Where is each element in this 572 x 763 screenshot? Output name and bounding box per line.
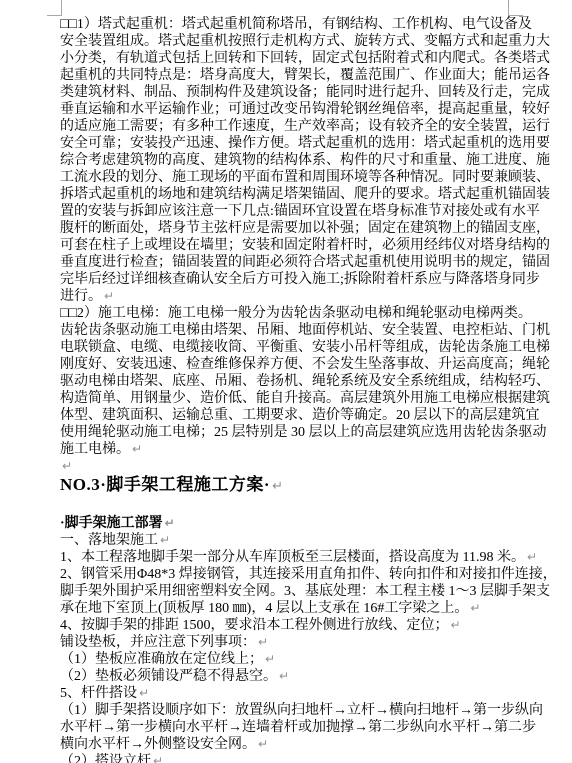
text-line: 齿轮齿条驱动施工电梯由塔架、吊厢、地面停机站、安全装置、电控柜站、门机: [60, 322, 512, 339]
paragraph-mark-icon: ↵: [160, 533, 170, 547]
text-line: 工流水段的划分、施工现场的平面布置和周围环境等各种情况。同时要兼顾装、: [60, 169, 512, 186]
paragraph: （1）脚手架搭设顺序如下：放置纵向扫地杆→立杆→横向扫地杆→第一步纵向水平杆→第…: [60, 702, 512, 753]
paragraph-mark-icon: ↵: [279, 669, 289, 683]
text-line: 安全可靠；安装投产迅速、操作方便。塔式起重机的选用：塔式起重机的选用要: [60, 135, 512, 152]
paragraph-mark-icon: ↵: [451, 618, 461, 632]
text-line: 垂直度进行检查；锚固装置的间距必须符合塔式起重机使用说明书的规定，锚固: [60, 254, 512, 271]
text-line: （1）脚手架搭设顺序如下：放置纵向扫地杆→立杆→横向扫地杆→第一步纵向: [60, 702, 512, 719]
paragraph: （1）垫板应准确放在定位线上；↵: [60, 651, 512, 668]
text-line: NO.3·脚手架工程施工方案·↵: [60, 475, 512, 497]
paragraph-mark-icon: ↵: [527, 550, 537, 564]
paragraph: 2、钢管采用Φ48*3 焊接钢管，其连接采用直角扣件、转向扣件和对接扣件连接，脚…: [60, 566, 512, 617]
text-line: 体型、建筑面积、运输总重、工期要求、造价等确定。20 层以下的高层建筑宜: [60, 407, 512, 424]
text-line: 安全装置组成。塔式起重机按照行走机构方式、旋转方式、变幅方式和起重力大: [60, 33, 512, 50]
text-line: 综合考虑建筑物的高度、建筑物的结构体系、构件的尺寸和重量、施工进度、施: [60, 152, 512, 169]
paragraph-mark-icon: ↵: [165, 516, 175, 530]
paragraph: （2）搭设立杆↵: [60, 753, 512, 763]
text-line: （1）垫板应准确放在定位线上；↵: [60, 651, 512, 668]
paragraph-mark-icon: ↵: [139, 686, 149, 700]
document-text-area[interactable]: □□1）塔式起重机：塔式起重机简称塔吊，有钢结构、工作机构、电气设备及安全装置组…: [60, 16, 512, 763]
text-line: 腹杆的断面处，塔身节主弦杆应是需要加以补强；固定在建筑物上的锚固支座，: [60, 220, 512, 237]
text-line: 类建筑材料、制品、预制构件及建筑设备；能同时进行起升、回转及行走，完成: [60, 84, 512, 101]
paragraph: ·脚手架施工部署↵: [60, 515, 512, 532]
paragraph-mark-icon: ↵: [265, 652, 275, 666]
empty-paragraph: ↵: [60, 458, 512, 475]
text-line: 可套在柱子上或埋设在墙里；安装和固定附着杆时，必须用经纬仪对塔身结构的: [60, 237, 512, 254]
document-page: □□1）塔式起重机：塔式起重机简称塔吊，有钢结构、工作机构、电气设备及安全装置组…: [0, 0, 572, 763]
text-line: 2、钢管采用Φ48*3 焊接钢管，其连接采用直角扣件、转向扣件和对接扣件连接，: [60, 566, 512, 583]
text-line: ↵: [60, 458, 512, 475]
paragraph: 1、本工程落地脚手架一部分从车库顶板至三层楼面，搭设高度为 11.98 米。↵: [60, 549, 512, 566]
text-line: 驱动电梯由塔架、底座、吊厢、卷扬机、绳轮系统及安全系统组成，结构轻巧、: [60, 373, 512, 390]
text-line: （2）搭设立杆↵: [60, 753, 512, 763]
text-line: 垂直运输和水平运输作业；可通过改变吊钩滑轮钢丝绳倍率，提高起重量，较好: [60, 101, 512, 118]
text-line: 4、按脚手架的排距 1500，要求沿本工程外侧进行放线、定位；↵: [60, 617, 512, 634]
text-line: 承在地下室顶上(顶板厚 180 ㎜)，4 层以上支承在 16#工字梁之上。↵: [60, 600, 512, 617]
text-line: □□2）施工电梯：施工电梯一般分为齿轮齿条驱动电梯和绳轮驱动电梯两类。: [60, 305, 512, 322]
paragraph: □□1）塔式起重机：塔式起重机简称塔吊，有钢结构、工作机构、电气设备及安全装置组…: [60, 16, 512, 305]
text-line: 脚手架外围护采用细密塑料安全网。3、基底处理：本工程主楼 1～3 层脚手架支: [60, 583, 512, 600]
paragraph-mark-icon: ↵: [258, 737, 268, 751]
text-line: 铺设垫板，并应注意下列事项：↵: [60, 634, 512, 651]
text-line: 置的安装与拆卸应该注意一下几点:锚固环宜设置在塔身标准节对接处或有水平: [60, 203, 512, 220]
text-line: 水平杆→第一步横向水平杆→连墙着杆或加抛撑→第二步纵向水平杆→第二步: [60, 719, 512, 736]
text-line: 完毕后经过详细核查确认安全后方可投入施工;拆除附着杆系应与降落塔身同步: [60, 271, 512, 288]
text-line: 1、本工程落地脚手架一部分从车库顶板至三层楼面，搭设高度为 11.98 米。↵: [60, 549, 512, 566]
paragraph-mark-icon: ↵: [132, 442, 142, 456]
paragraph: 铺设垫板，并应注意下列事项：↵: [60, 634, 512, 651]
text-line: 横向水平杆→外侧整设安全网。↵: [60, 736, 512, 753]
text-line: 的适应施工需要；有多种工作速度，生产效率高；设有较齐全的安全装置，运行: [60, 118, 512, 135]
crop-mark-top-left-icon: [47, 0, 62, 16]
text-line: 一、落地架施工↵: [60, 532, 512, 549]
paragraph: 4、按脚手架的排距 1500，要求沿本工程外侧进行放线、定位；↵: [60, 617, 512, 634]
text-line: 小分类，有轨道式包括上回转和下回转，固定式包括附着式和内爬式。各类塔式: [60, 50, 512, 67]
paragraph-mark-icon: ↵: [62, 459, 72, 473]
text-line: 使用绳轮驱动施工电梯；25 层特别是 30 层以上的高层建筑应选用齿轮齿条驱动: [60, 424, 512, 441]
text-line: （2）垫板必须铺设严稳不得悬空。↵: [60, 668, 512, 685]
paragraph: （2）垫板必须铺设严稳不得悬空。↵: [60, 668, 512, 685]
paragraph-mark-icon: ↵: [258, 635, 268, 649]
paragraph-mark-icon: ↵: [104, 289, 114, 303]
section-heading: NO.3·脚手架工程施工方案·↵: [60, 475, 512, 497]
text-line: 电联锁盒、电缆、电缆接收筒、平衡重、安装小吊杆等组成，齿轮齿条施工电梯: [60, 339, 512, 356]
text-line: 拆塔式起重机的场地和建筑结构满足塔架锚固、爬升的要求。塔式起重机锚固装: [60, 186, 512, 203]
paragraph: □□2）施工电梯：施工电梯一般分为齿轮齿条驱动电梯和绳轮驱动电梯两类。齿轮齿条驱…: [60, 305, 512, 458]
paragraph: 一、落地架施工↵: [60, 532, 512, 549]
text-line: 施工电梯。↵: [60, 441, 512, 458]
text-line: □□1）塔式起重机：塔式起重机简称塔吊，有钢结构、工作机构、电气设备及: [60, 16, 512, 33]
paragraph-mark-icon: ↵: [153, 754, 163, 763]
text-line: ·脚手架施工部署↵: [60, 515, 512, 532]
crop-mark-top-right-icon: [508, 0, 523, 16]
text-line: 刚度好、安装迅速、检查维修保养方便、不会发生坠落事故、升运高度高；绳轮: [60, 356, 512, 373]
paragraph: 5、杆件搭设↵: [60, 685, 512, 702]
paragraph-mark-icon: ↵: [470, 601, 480, 615]
text-line: 构造简单、用钢量少、造价低、能自升接高。高层建筑外用施工电梯应根据建筑: [60, 390, 512, 407]
text-line: 进行。↵: [60, 288, 512, 305]
text-line: 5、杆件搭设↵: [60, 685, 512, 702]
paragraph-mark-icon: ↵: [272, 479, 283, 494]
text-line: 起重机的共同特点是：塔身高度大，臂架长，覆盖范围广、作业面大；能吊运各: [60, 67, 512, 84]
